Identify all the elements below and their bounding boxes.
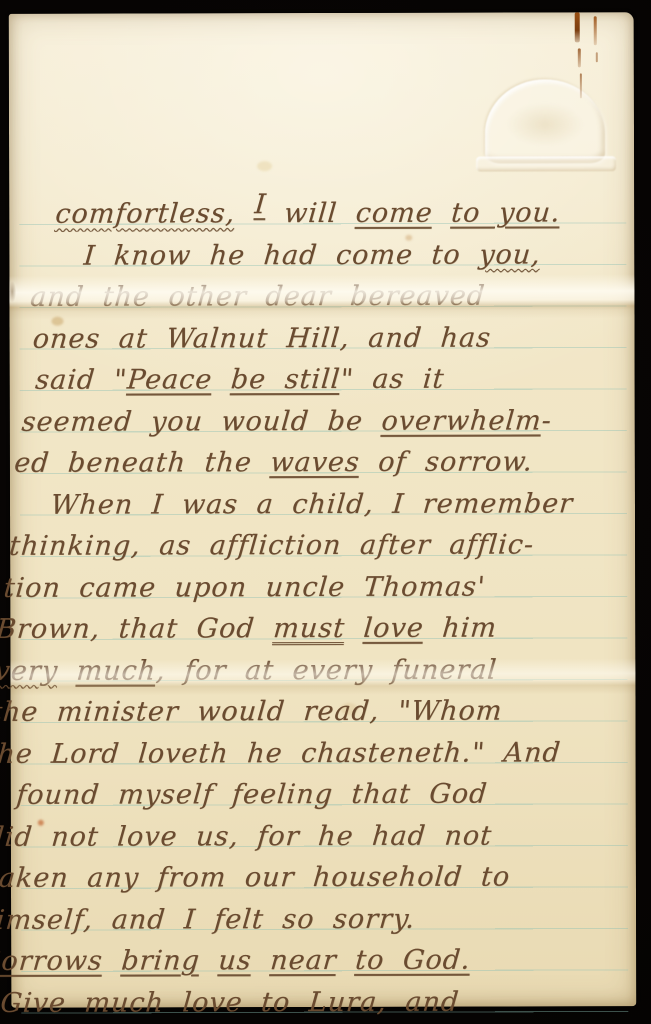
letter-word-underlined: overwhelm xyxy=(380,405,543,436)
fold-crease-edge-notch xyxy=(9,280,18,304)
letter-line: comfortless, I will come to you. xyxy=(54,192,638,235)
letter-word-underlined: us xyxy=(217,945,253,976)
letter-text: and the other dear bereaved xyxy=(29,281,486,313)
letter-line: ones at Walnut Hill, and has xyxy=(31,317,627,360)
letter-text: Brown, that God xyxy=(0,613,275,645)
letter-word-underlined: to God. xyxy=(354,945,472,976)
letter-text: When I was a child, I remember xyxy=(49,488,574,520)
letter-line: thinking, as affliction after afflic- xyxy=(7,524,609,567)
letter-text: seemed you would be xyxy=(21,405,383,437)
embossed-seal xyxy=(476,74,616,174)
letter-word-underlined: Peace xyxy=(126,364,214,395)
letter-text: I found myself feeling that God xyxy=(0,779,489,811)
letter-word-underlined: to you. xyxy=(450,197,562,228)
paper-sheet: comfortless, I will come to you.I know h… xyxy=(9,12,637,1008)
letter-line: When I was a child, I remember xyxy=(49,483,613,526)
letter-text: said " xyxy=(34,365,129,396)
rust-stain-streak xyxy=(575,12,580,42)
letter-line: ed beneath the waves of sorrow. xyxy=(13,441,617,484)
letter-text: him xyxy=(422,613,498,644)
letter-word-underlined: much xyxy=(75,655,157,686)
letter-text: of sorrow. xyxy=(358,446,534,477)
letter-line: I know he had come to you, xyxy=(82,234,634,277)
letter-word-underlined: must xyxy=(272,613,346,644)
letter-word-underlined: comfortless, xyxy=(54,198,237,229)
letter-text: " as it xyxy=(339,364,446,395)
letter-word-underlined: be still xyxy=(230,364,342,395)
rust-stain-streak xyxy=(580,73,582,98)
letter-text: the Lord loveth he chasteneth." And xyxy=(0,737,562,770)
letter-text: Give much love to Lura, and xyxy=(0,986,461,1018)
letter-line: said "Peace be still" as it xyxy=(34,358,624,401)
letter-line: himself, and I felt so sorry. xyxy=(0,898,577,941)
letter-line: did not love us, for he had not xyxy=(0,815,584,858)
rust-stain-streak xyxy=(594,16,597,45)
letter-word-underlined: near xyxy=(269,945,338,976)
rust-stain-streak xyxy=(596,52,598,62)
letter-line: Sorrows bring us near to God. xyxy=(0,939,574,982)
letter-line: the Lord loveth he chasteneth." And xyxy=(0,732,591,775)
letter-text: , for at every funeral xyxy=(155,654,498,686)
letter-line: tion came upon uncle Thomas' xyxy=(2,566,606,609)
letter-line: taken any from our household to xyxy=(0,856,581,899)
letter-word-underlined: come xyxy=(354,198,434,229)
letter-text: did not love us, for he had not xyxy=(0,820,493,852)
letter-word-underlined: very xyxy=(0,655,59,686)
letter-word-underlined: Sorrows xyxy=(0,946,104,977)
letter-word-underlined: waves xyxy=(269,447,361,478)
letter-body: comfortless, I will come to you.I know h… xyxy=(0,192,637,1024)
embossed-seal-crest xyxy=(506,102,584,146)
letter-word-underlined: love xyxy=(362,613,425,644)
letter-word-underlined: bring xyxy=(120,945,201,976)
letter-word-underlined: you, xyxy=(478,239,542,270)
letter-text: I know he had come to xyxy=(83,239,481,271)
letter-line: seemed you would be overwhelm- xyxy=(20,400,620,443)
rust-stain-streak xyxy=(578,48,581,67)
letter-line: and the other dear bereaved xyxy=(29,275,631,318)
letter-line: Brown, that God must love him xyxy=(0,607,602,650)
letter-line: I found myself feeling that God xyxy=(0,773,588,816)
letter-text: the minister would read, "Whom xyxy=(0,696,504,728)
embossed-seal-base xyxy=(476,156,616,171)
letter-line: very much, for at every funeral xyxy=(0,649,598,692)
letter-text: taken any from our household to xyxy=(0,862,512,894)
letter-text xyxy=(234,198,255,229)
letter-text: himself, and I felt so sorry. xyxy=(0,903,417,935)
letter-text: ones at Walnut Hill, and has xyxy=(32,322,493,354)
scan-canvas: { "document": { "kind": "handwritten let… xyxy=(0,0,651,1024)
letter-text: tion came upon uncle Thomas' xyxy=(2,571,486,603)
letter-text: will xyxy=(264,198,357,229)
letter-line: Give much love to Lura, and xyxy=(0,981,570,1024)
letter-line: the minister would read, "Whom xyxy=(0,690,595,733)
letter-text: ed beneath the xyxy=(13,447,272,479)
foxing-spot xyxy=(257,161,272,171)
letter-text: thinking, as affliction after afflic- xyxy=(8,529,535,561)
letter-text: - xyxy=(540,405,553,436)
